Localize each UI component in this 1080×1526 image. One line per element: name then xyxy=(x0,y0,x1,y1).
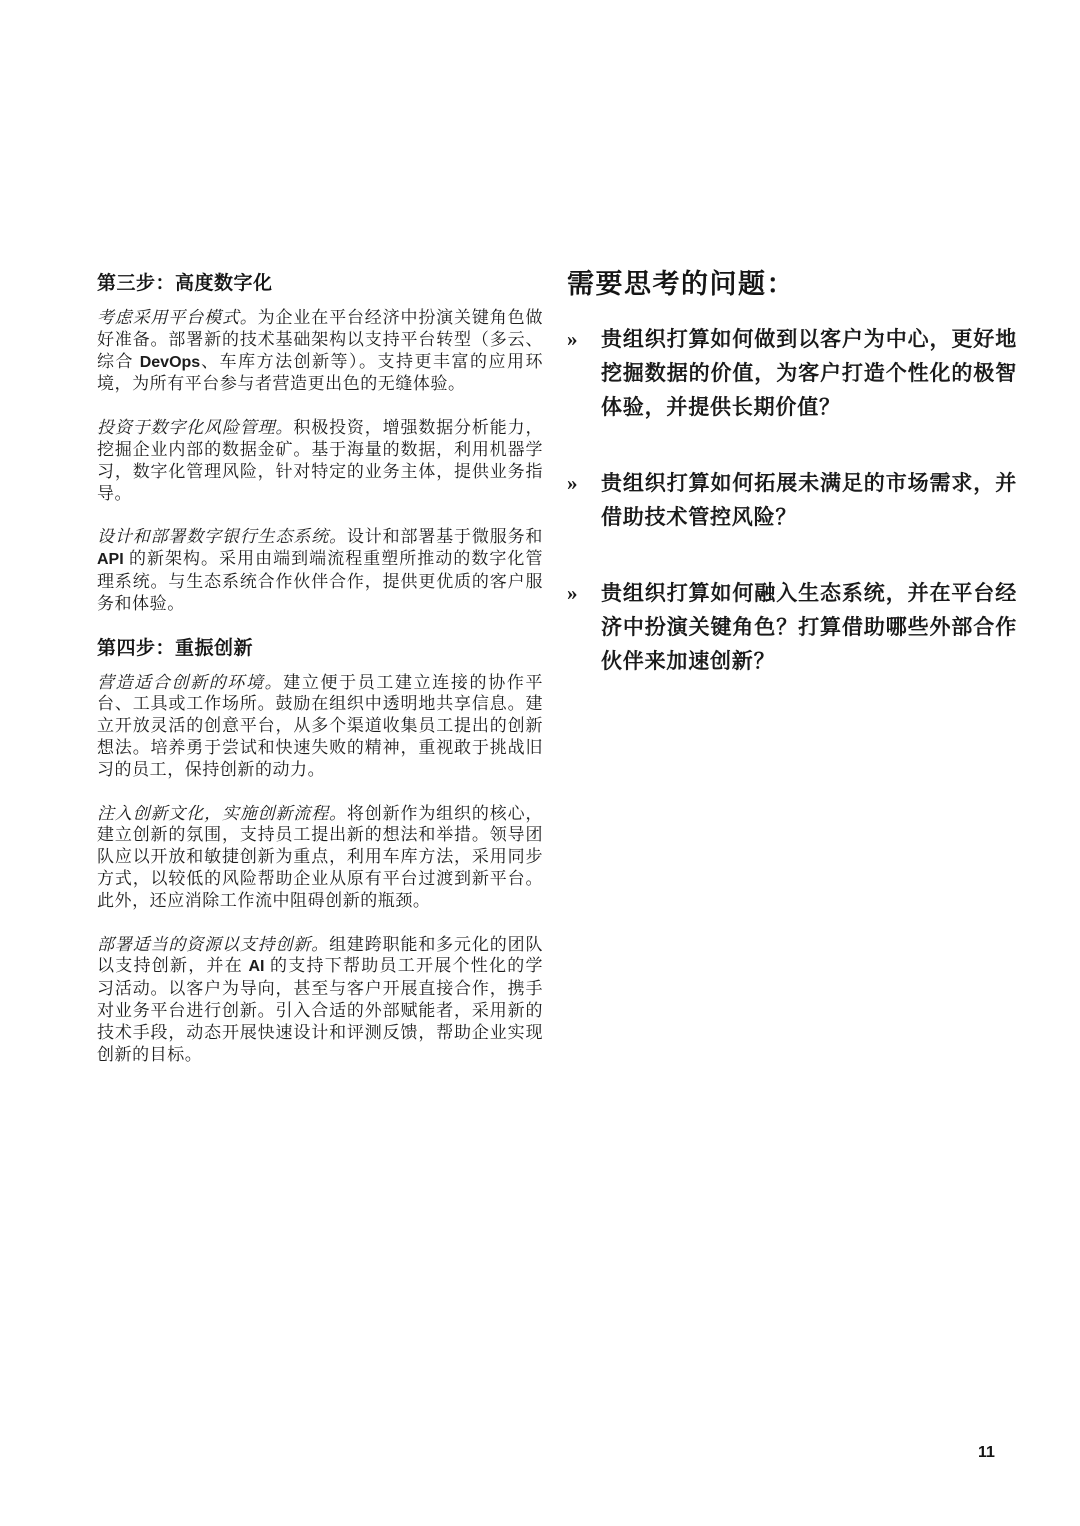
text-run: 注入创新文化，实施创新流程。 xyxy=(97,804,347,823)
text-run: API xyxy=(97,551,124,568)
paragraph: 部署适当的资源以支持创新。组建跨职能和多元化的团队以支持创新，并在 AI 的支持… xyxy=(97,934,543,1066)
double-chevron-bullet-icon: » xyxy=(567,322,578,356)
document-page: 第三步：高度数字化 考虑采用平台模式。为企业在平台经济中扮演关键角色做好准备。部… xyxy=(0,0,1080,1526)
double-chevron-bullet-icon: » xyxy=(567,466,578,500)
questions-column: 需要思考的问题： » 贵组织打算如何做到以客户为中心，更好地挖掘数据的价值，为客… xyxy=(567,268,1017,720)
page-number: 11 xyxy=(978,1444,995,1462)
question-text: 贵组织打算如何拓展未满足的市场需求，并借助技术管控风险？ xyxy=(601,471,1017,529)
question-item: » 贵组织打算如何拓展未满足的市场需求，并借助技术管控风险？ xyxy=(567,466,1017,534)
text-run: 营造适合创新的环境。 xyxy=(97,673,283,692)
text-run: 考虑采用平台模式。 xyxy=(97,308,258,327)
paragraph: 设计和部署数字银行生态系统。设计和部署基于微服务和 API 的新架构。采用由端到… xyxy=(97,526,543,614)
question-item: » 贵组织打算如何融入生态系统，并在平台经济中扮演关键角色？打算借助哪些外部合作… xyxy=(567,576,1017,678)
paragraph: 注入创新文化，实施创新流程。将创新作为组织的核心，建立创新的氛围，支持员工提出新… xyxy=(97,803,543,912)
paragraph: 考虑采用平台模式。为企业在平台经济中扮演关键角色做好准备。部署新的技术基础架构以… xyxy=(97,307,543,395)
text-run: AI xyxy=(248,958,264,975)
text-run: 投资于数字化风险管理。 xyxy=(97,418,293,437)
section-heading-step4: 第四步：重振创新 xyxy=(97,637,543,660)
text-run: 部署适当的资源以支持创新。 xyxy=(97,935,329,954)
text-run: 设计和部署数字银行生态系统。 xyxy=(97,527,347,546)
question-item: » 贵组织打算如何做到以客户为中心，更好地挖掘数据的价值，为客户打造个性化的极智… xyxy=(567,322,1017,424)
question-text: 贵组织打算如何做到以客户为中心，更好地挖掘数据的价值，为客户打造个性化的极智体验… xyxy=(601,327,1017,419)
double-chevron-bullet-icon: » xyxy=(567,576,578,610)
questions-heading: 需要思考的问题： xyxy=(567,268,1017,300)
text-run: DevOps xyxy=(140,354,200,371)
left-column: 第三步：高度数字化 考虑采用平台模式。为企业在平台经济中扮演关键角色做好准备。部… xyxy=(97,272,543,1065)
text-run: 的新架构。采用由端到端流程重塑所推动的数字化管理系统。与生态系统合作伙伴合作，提… xyxy=(97,549,543,613)
text-run: 设计和部署基于微服务和 xyxy=(347,527,543,546)
questions-list: » 贵组织打算如何做到以客户为中心，更好地挖掘数据的价值，为客户打造个性化的极智… xyxy=(567,322,1017,678)
paragraph: 营造适合创新的环境。建立便于员工建立连接的协作平台、工具或工作场所。鼓励在组织中… xyxy=(97,672,543,781)
question-text: 贵组织打算如何融入生态系统，并在平台经济中扮演关键角色？打算借助哪些外部合作伙伴… xyxy=(601,581,1017,673)
paragraph: 投资于数字化风险管理。积极投资，增强数据分析能力，挖掘企业内部的数据金矿。基于海… xyxy=(97,417,543,504)
section-heading-step3: 第三步：高度数字化 xyxy=(97,272,543,295)
